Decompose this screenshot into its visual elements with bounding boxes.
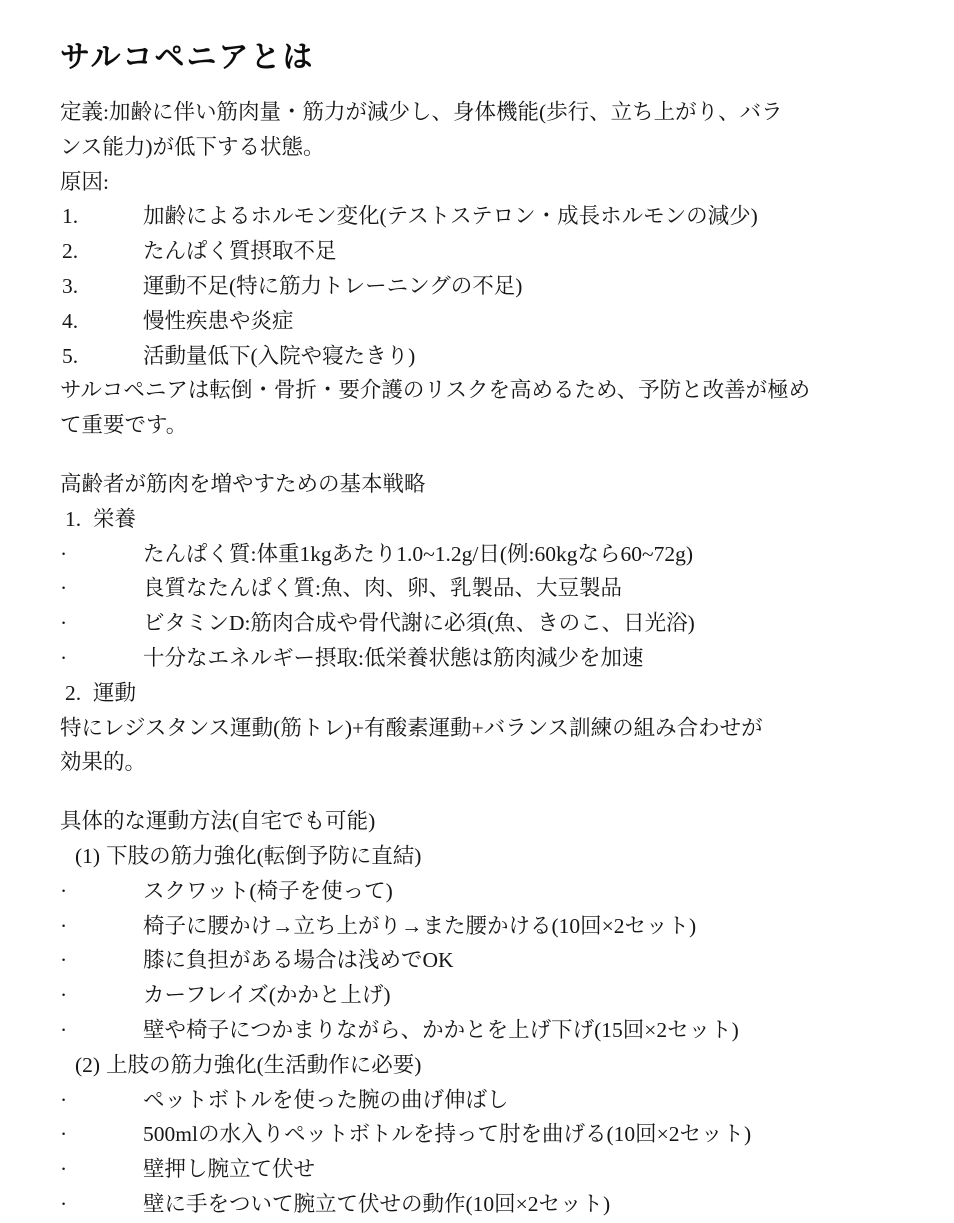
line-text: て重要です。 (60, 413, 187, 437)
line-text: 効果的。 (60, 750, 146, 774)
text-line: ·ペットボトルを使った腕の曲げ伸ばし (60, 1083, 924, 1118)
line-text: 加齢によるホルモン変化(テストステロン・成長ホルモンの減少) (143, 204, 758, 228)
text-line: ·スクワット(椅子を使って) (60, 874, 924, 909)
document-body: 定義:加齢に伴い筋肉量・筋力が減少し、身体機能(歩行、立ち上がり、バランス能力)… (60, 95, 924, 1222)
line-text: 良質なたんぱく質:魚、肉、卵、乳製品、大豆製品 (143, 576, 622, 600)
line-text: 壁や椅子につかまりながら、かかとを上げ下げ(15回×2セット) (143, 1018, 739, 1042)
list-number-marker: 1. (62, 199, 143, 234)
text-line: ·ビタミンD:筋肉合成や骨代謝に必須(魚、きのこ、日光浴) (60, 606, 924, 641)
line-text: 下肢の筋力強化(転倒予防に直結) (106, 844, 421, 868)
line-text: 高齢者が筋肉を増やすための基本戦略 (60, 472, 426, 496)
line-text: 椅子に腰かけ→立ち上がり→また腰かける(10回×2セット) (143, 914, 696, 938)
text-line: 具体的な運動方法(自宅でも可能) (60, 804, 924, 839)
bullet-marker: · (60, 1083, 143, 1118)
line-text: 具体的な運動方法(自宅でも可能) (60, 809, 375, 833)
text-line: 2.たんぱく質摂取不足 (60, 234, 924, 269)
text-line: て重要です。 (60, 408, 924, 443)
text-line: 高齢者が筋肉を増やすための基本戦略 (60, 467, 924, 502)
list-number-marker: 3. (62, 269, 143, 304)
bullet-marker: · (60, 1013, 143, 1048)
line-text: 特にレジスタンス運動(筋トレ)+有酸素運動+バランス訓練の組み合わせが (60, 716, 763, 740)
text-line: ·壁押し腕立て伏せ (60, 1152, 924, 1187)
text-line: 3.運動不足(特に筋力トレーニングの不足) (60, 269, 924, 304)
list-number-marker: (2) (75, 1053, 106, 1077)
line-text: ンス能力)が低下する状態。 (60, 135, 325, 159)
line-text: 運動不足(特に筋力トレーニングの不足) (143, 274, 522, 298)
list-number-marker: 4. (62, 304, 143, 339)
bullet-marker: · (60, 606, 143, 641)
line-text: 十分なエネルギー摂取:低栄養状態は筋肉減少を加速 (143, 646, 643, 670)
text-line: ·壁に手をついて腕立て伏せの動作(10回×2セット) (60, 1187, 924, 1222)
text-line: ·壁や椅子につかまりながら、かかとを上げ下げ(15回×2セット) (60, 1013, 924, 1048)
line-text: 活動量低下(入院や寝たきり) (143, 344, 415, 368)
text-line: 定義:加齢に伴い筋肉量・筋力が減少し、身体機能(歩行、立ち上がり、バラ (60, 95, 924, 130)
line-text: ペットボトルを使った腕の曲げ伸ばし (143, 1088, 509, 1112)
text-line: ·カーフレイズ(かかと上げ) (60, 978, 924, 1013)
bullet-marker: · (60, 1187, 143, 1222)
bullet-marker: · (60, 571, 143, 606)
line-text: 慢性疾患や炎症 (143, 309, 294, 333)
line-text: 膝に負担がある場合は浅めでOK (143, 948, 454, 972)
line-text: 上肢の筋力強化(生活動作に必要) (106, 1053, 421, 1077)
text-line: ンス能力)が低下する状態。 (60, 130, 924, 165)
text-line: 効果的。 (60, 745, 924, 780)
list-number-marker: 2. (65, 676, 93, 711)
text-line: サルコペニアは転倒・骨折・要介護のリスクを高めるため、予防と改善が極め (60, 373, 924, 408)
line-text: 定義:加齢に伴い筋肉量・筋力が減少し、身体機能(歩行、立ち上がり、バラ (60, 100, 783, 124)
list-number-marker: 2. (62, 234, 143, 269)
text-line: ·たんぱく質:体重1kgあたり1.0~1.2g/日(例:60kgなら60~72g… (60, 537, 924, 572)
line-text: サルコペニアは転倒・骨折・要介護のリスクを高めるため、予防と改善が極め (60, 378, 810, 402)
bullet-marker: · (60, 537, 143, 572)
bullet-marker: · (60, 874, 143, 909)
line-text: たんぱく質:体重1kgあたり1.0~1.2g/日(例:60kgなら60~72g) (143, 542, 693, 566)
document-page: サルコペニアとは 定義:加齢に伴い筋肉量・筋力が減少し、身体機能(歩行、立ち上が… (0, 0, 954, 1223)
text-line: (2)上肢の筋力強化(生活動作に必要) (75, 1048, 924, 1083)
bullet-marker: · (60, 943, 143, 978)
list-number-marker: 5. (62, 339, 143, 374)
text-line: 1.加齢によるホルモン変化(テストステロン・成長ホルモンの減少) (60, 199, 924, 234)
line-text: スクワット(椅子を使って) (143, 879, 393, 903)
text-line: 1.栄養 (60, 502, 924, 537)
text-line: (1)下肢の筋力強化(転倒予防に直結) (75, 839, 924, 874)
text-line: ·膝に負担がある場合は浅めでOK (60, 943, 924, 978)
line-text: 運動 (93, 681, 136, 705)
text-line: 特にレジスタンス運動(筋トレ)+有酸素運動+バランス訓練の組み合わせが (60, 711, 924, 746)
line-text: 500mlの水入りペットボトルを持って肘を曲げる(10回×2セット) (143, 1122, 751, 1146)
text-line: ·500mlの水入りペットボトルを持って肘を曲げる(10回×2セット) (60, 1117, 924, 1152)
line-text: たんぱく質摂取不足 (143, 239, 337, 263)
text-line: ·十分なエネルギー摂取:低栄養状態は筋肉減少を加速 (60, 641, 924, 676)
blank-line (60, 780, 924, 804)
list-number-marker: 1. (65, 502, 93, 537)
text-line: 4.慢性疾患や炎症 (60, 304, 924, 339)
bullet-marker: · (60, 1152, 143, 1187)
text-line: 5.活動量低下(入院や寝たきり) (60, 339, 924, 374)
bullet-marker: · (60, 1117, 143, 1152)
line-text: 壁押し腕立て伏せ (143, 1157, 315, 1181)
blank-line (60, 443, 924, 467)
line-text: 壁に手をついて腕立て伏せの動作(10回×2セット) (143, 1192, 610, 1216)
line-text: カーフレイズ(かかと上げ) (143, 983, 391, 1007)
text-line: 2.運動 (60, 676, 924, 711)
list-number-marker: (1) (75, 844, 106, 868)
text-line: 原因: (60, 165, 924, 200)
text-line: ·良質なたんぱく質:魚、肉、卵、乳製品、大豆製品 (60, 571, 924, 606)
text-line: ·椅子に腰かけ→立ち上がり→また腰かける(10回×2セット) (60, 909, 924, 944)
line-text: 栄養 (93, 507, 136, 531)
bullet-marker: · (60, 909, 143, 944)
bullet-marker: · (60, 641, 143, 676)
bullet-marker: · (60, 978, 143, 1013)
document-title: サルコペニアとは (60, 38, 924, 78)
line-text: 原因: (60, 170, 109, 194)
line-text: ビタミンD:筋肉合成や骨代謝に必須(魚、きのこ、日光浴) (143, 611, 695, 635)
